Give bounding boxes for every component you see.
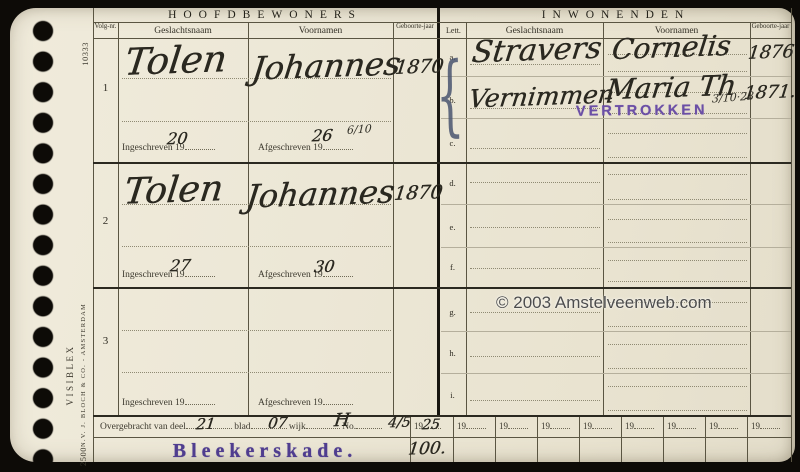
writing-line — [608, 199, 747, 200]
hw-inw-geslachtsnaam-a: Stravers — [470, 34, 603, 69]
grid-vline — [93, 8, 94, 462]
lett-d: d. — [441, 178, 464, 188]
hw-wijk: H — [333, 412, 351, 431]
year-prefix: 19 — [499, 421, 508, 431]
hw-voornamen-1: Johannes — [250, 47, 402, 84]
writing-line — [608, 260, 747, 261]
year-prefix: 19 — [667, 421, 676, 431]
writing-line — [122, 330, 391, 331]
blank-line — [508, 420, 528, 429]
year-cell: 19 — [705, 415, 747, 431]
writing-line — [470, 400, 600, 401]
year-prefix: 19 — [625, 421, 634, 431]
year-prefix: 19 — [709, 421, 718, 431]
hw-afgeschreven-frac-1: 6/10 — [347, 123, 372, 136]
ingeschreven-label-3: Ingeschreven 19 — [122, 396, 215, 408]
writing-line — [122, 246, 391, 247]
row-line — [441, 331, 791, 332]
vertrokken-stamp: VERTROKKEN — [576, 102, 708, 119]
writing-line — [608, 410, 747, 411]
blank-line — [185, 396, 215, 405]
lett-g: g. — [441, 307, 464, 317]
year-cell: 19 — [663, 415, 705, 431]
hw-amount: 100. — [407, 440, 447, 458]
hw-year-value: 25 — [421, 418, 441, 433]
col-header-volgnr: Volg-nr. — [93, 23, 118, 31]
hw-afgeschreven-1: 26 — [311, 128, 333, 145]
afgeschreven-label-2: Afgeschreven 19 — [258, 268, 353, 280]
row-line — [441, 373, 791, 374]
hw-inw-geboortejaar-b: 1871. — [743, 83, 797, 103]
year-cell: 19 — [579, 415, 621, 431]
blank-line — [634, 420, 654, 429]
writing-line — [608, 242, 747, 243]
grid-hline — [93, 22, 791, 23]
year-prefix: 19 — [751, 421, 760, 431]
year-cell: 19 — [453, 415, 495, 431]
writing-line — [608, 157, 747, 158]
scanned-register-card: 10333 VISIBLEX N.V. J. BLOCH & CO. - AMS… — [0, 0, 800, 472]
col-header-geslachtsnaam-left: Geslachtsnaam — [118, 26, 248, 36]
hw-ingeschreven-2: 27 — [169, 258, 191, 275]
year-prefix: 19 — [583, 421, 592, 431]
blank-line — [550, 420, 570, 429]
lett-f: f. — [441, 262, 464, 272]
row-line — [441, 204, 791, 205]
section-line — [93, 162, 791, 164]
writing-line — [470, 227, 600, 228]
hw-blad: 07 — [267, 416, 288, 432]
writing-line — [470, 148, 600, 149]
writing-line — [608, 133, 747, 134]
hw-voornamen-2: Johannes — [244, 175, 396, 212]
writing-line — [470, 268, 600, 269]
form-number-top: 10333 — [80, 42, 90, 66]
writing-line — [470, 356, 600, 357]
blank-line — [718, 420, 738, 429]
hw-inw-geboortejaar-a: 1876 — [747, 43, 795, 63]
col-header-lett: Lett. — [441, 26, 466, 35]
hw-no: 4/5 — [387, 416, 411, 431]
printer-name: N.V. J. BLOCH & CO. - AMSTERDAM — [78, 303, 90, 447]
hw-inw-voornamen-a: Cornelis — [610, 32, 732, 64]
grid-vline — [791, 8, 792, 462]
ingeschreven-text: Ingeschreven 19 — [122, 398, 185, 408]
hw-geslachtsnaam-1: Tolen — [123, 40, 229, 81]
year-cell: 19 — [495, 415, 537, 431]
writing-line — [608, 344, 747, 345]
year-prefix: 19 — [541, 421, 550, 431]
volgnr-1: 1 — [93, 82, 118, 94]
hw-ingeschreven-1: 20 — [166, 131, 188, 148]
afgeschreven-label-1: Afgeschreven 19 — [258, 141, 353, 153]
wijk-label: wijk — [289, 422, 306, 432]
writing-line — [608, 174, 747, 175]
hw-deel: 21 — [195, 417, 216, 433]
blank-line — [356, 420, 382, 429]
afgeschreven-label-3: Afgeschreven 19 — [258, 396, 353, 408]
writing-line — [608, 326, 747, 327]
blank-line — [676, 420, 696, 429]
grid-vline — [248, 22, 249, 415]
blank-line — [760, 420, 780, 429]
year-prefix: 19 — [457, 421, 466, 431]
row-line — [441, 247, 791, 248]
lett-h: h. — [441, 348, 464, 358]
year-cell: 19 — [621, 415, 663, 431]
writing-line — [122, 121, 391, 122]
writing-line — [608, 368, 747, 369]
grid-vline — [466, 22, 467, 415]
grid-vline — [750, 22, 751, 415]
blank-line — [185, 141, 215, 150]
hw-geslachtsnaam-2: Tolen — [122, 171, 225, 211]
copyright-watermark: © 2003 Amstelveenweb.com — [496, 293, 712, 313]
hw-brace-ab: { — [435, 42, 465, 147]
overgebracht-label: Overgebracht van deel — [100, 422, 186, 432]
blank-line — [466, 420, 486, 429]
section-line — [93, 287, 791, 289]
blank-line — [592, 420, 612, 429]
volgnr-3: 3 — [93, 335, 118, 347]
lett-e: e. — [441, 222, 464, 232]
writing-line — [608, 281, 747, 282]
writing-line — [122, 372, 391, 373]
section-title-inwonenden: INWONENDEN — [441, 9, 791, 21]
brand-visiblex: VISIBLEX — [62, 303, 78, 447]
writing-line — [608, 219, 747, 220]
col-header-voornamen-left: Voornamen — [248, 26, 393, 36]
printer-block: VISIBLEX N.V. J. BLOCH & CO. - AMSTERDAM — [62, 303, 90, 447]
writing-line — [608, 386, 747, 387]
hw-geboortejaar-2: 1870 — [393, 183, 444, 204]
col-header-geboortejaar-right: Geboorte-jaar — [750, 23, 791, 31]
col-header-geboortejaar-left: Geboorte-jaar — [393, 23, 437, 31]
punch-holes — [32, 16, 54, 462]
afgeschreven-text: Afgeschreven 19 — [258, 398, 323, 408]
year-cell: 19 — [747, 415, 789, 431]
lett-i: i. — [441, 390, 464, 400]
year-cell: 19 — [537, 415, 579, 431]
volgnr-2: 2 — [93, 215, 118, 227]
writing-line — [470, 182, 600, 183]
blank-line — [323, 396, 353, 405]
street-stamp: Bleekerskade. — [150, 440, 380, 463]
grid-vline — [118, 22, 119, 415]
hw-afgeschreven-2: 30 — [313, 259, 335, 276]
section-title-hoofdbewoners: HOOFDBEWONERS — [93, 9, 437, 21]
form-number-bottom: 2500 — [78, 447, 88, 466]
blad-label: blad — [234, 422, 250, 432]
